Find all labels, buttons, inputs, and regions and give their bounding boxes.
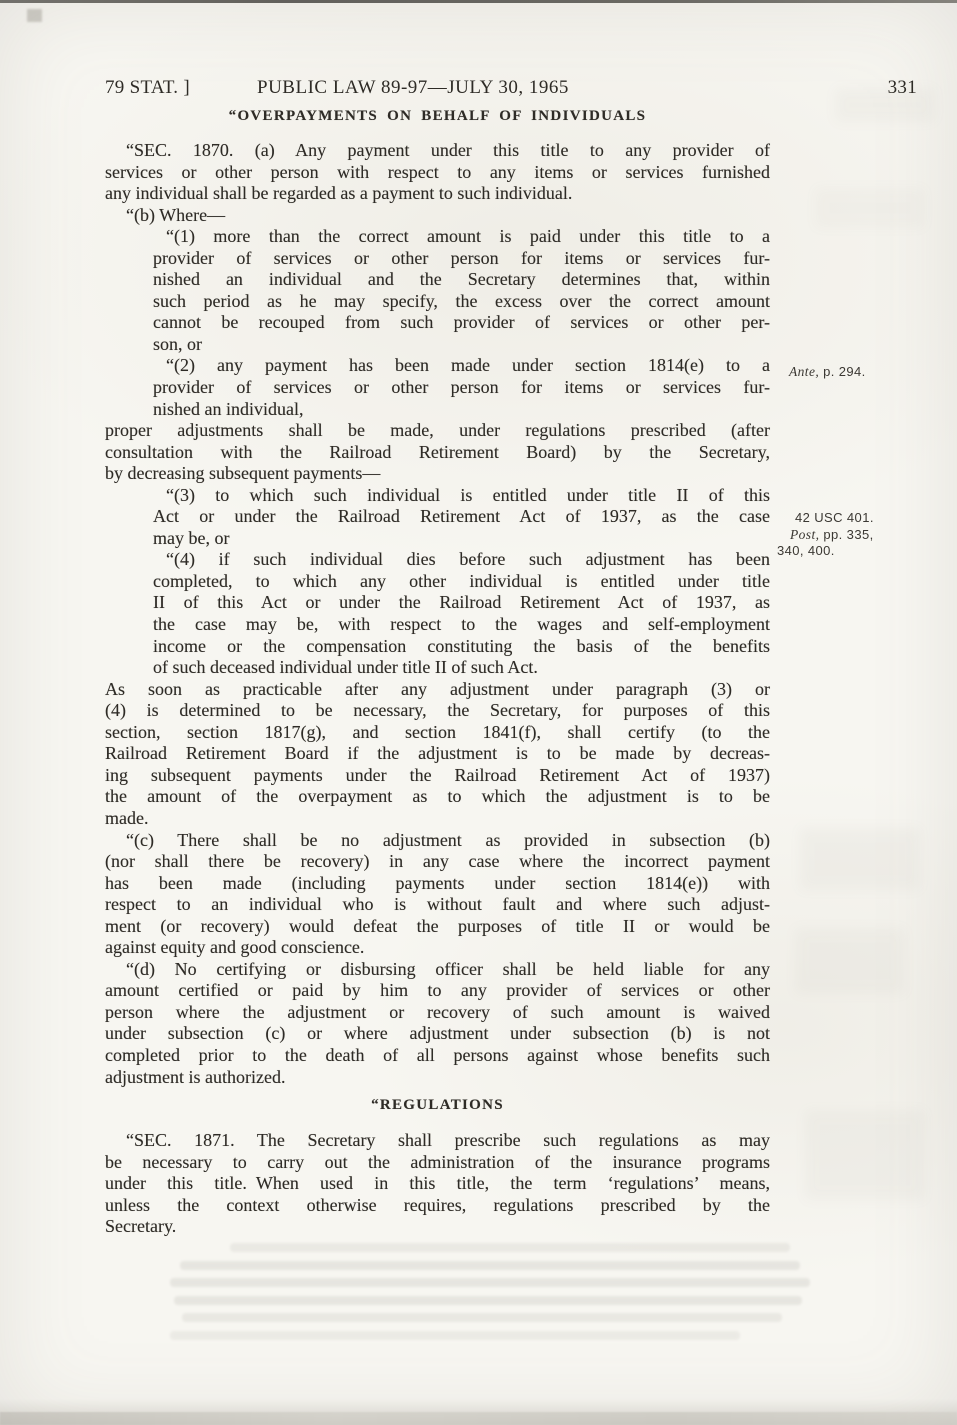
text-line: nished an individual and the Secretary d…: [153, 269, 770, 291]
text-line: person where the adjustment or recovery …: [105, 1002, 770, 1024]
stat-volume-citation: 79 STAT. ]: [105, 77, 190, 99]
text-line: provider of services or other person for…: [153, 377, 770, 399]
text-line: be necessary to carry out the administra…: [105, 1152, 770, 1174]
text-line: amount certified or paid by him to any p…: [105, 980, 770, 1002]
text-line: any individual shall be regarded as a pa…: [105, 183, 770, 205]
para-sec1870-b: “(b) Where—: [105, 205, 770, 227]
text-line: As soon as practicable after any adjustm…: [105, 679, 770, 701]
text-line: the amount of the overpayment as to whic…: [105, 786, 770, 808]
text-line: “(4) if such individual dies before such…: [153, 549, 770, 571]
bleed-through-mark: [800, 828, 920, 890]
text-line: ment (or recovery) would defeat the purp…: [105, 916, 770, 938]
margin-note-text: 42 USC 401.: [777, 510, 955, 527]
para-clause-1: “(1) more than the correct amount is pai…: [153, 226, 770, 355]
margin-note-usc: 42 USC 401. Post, pp. 335, 340, 400.: [777, 510, 955, 560]
text-line: has been made (including payments under …: [105, 873, 770, 895]
text-line: “(d) No certifying or disbursing officer…: [105, 959, 770, 981]
para-clause-4: “(4) if such individual dies before such…: [153, 549, 770, 678]
text-line: “(c) There shall be no adjustment as pro…: [105, 830, 770, 852]
page-number: 331: [888, 77, 917, 99]
text-line: Secretary.: [105, 1216, 770, 1238]
public-law-heading: PUBLIC LAW 89-97—JULY 30, 1965: [257, 77, 569, 99]
bleed-through-mark: [805, 1110, 925, 1200]
text-line: nished an individual,: [153, 399, 770, 421]
para-subsection-d: “(d) No certifying or disbursing officer…: [105, 959, 770, 1088]
text-line: “(1) more than the correct amount is pai…: [153, 226, 770, 248]
para-clause-2: “(2) any payment has been made under sec…: [153, 355, 770, 420]
text-line: respect to an individual who is without …: [105, 894, 770, 916]
text-line: by decreasing subsequent payments—: [105, 463, 770, 485]
bleed-through-line: [170, 1278, 810, 1287]
para-sec1870-a: “SEC. 1870. (a) Any payment under this t…: [105, 140, 770, 205]
text-line: income or the compensation constituting …: [153, 636, 770, 658]
para-subsection-c: “(c) There shall be no adjustment as pro…: [105, 830, 770, 959]
text-line: “(2) any payment has been made under sec…: [153, 355, 770, 377]
scan-edge-bottom: [0, 1412, 957, 1425]
statute-body: “OVERPAYMENTS ON BEHALF OF INDIVIDUALS “…: [105, 106, 770, 1238]
text-line: proper adjustments shall be made, under …: [105, 420, 770, 442]
text-line: consultation with the Railroad Retiremen…: [105, 442, 770, 464]
bleed-through-mark: [795, 928, 905, 994]
margin-note-ante: Ante, p. 294.: [789, 364, 866, 381]
text-line: cannot be recouped from such provider of…: [153, 312, 770, 334]
text-line: Act or under the Railroad Retirement Act…: [153, 506, 770, 528]
text-line: (4) is determined to be necessary, the S…: [105, 700, 770, 722]
margin-note-italic: Post,: [790, 527, 819, 542]
margin-note-line: Post, pp. 335,: [777, 527, 955, 544]
bleed-through-line: [170, 1331, 740, 1340]
text-line: “SEC. 1871. The Secretary shall prescrib…: [105, 1130, 770, 1152]
margin-note-italic: Ante,: [789, 364, 819, 379]
bleed-through-line: [182, 1313, 782, 1322]
bleed-through-line: [230, 1243, 790, 1252]
scan-artifact: [27, 9, 42, 22]
bleed-through-line: [174, 1296, 802, 1305]
margin-note-text: 340, 400.: [777, 543, 955, 560]
heading-overpayments: “OVERPAYMENTS ON BEHALF OF INDIVIDUALS: [105, 106, 770, 126]
text-line: “(b) Where—: [105, 205, 770, 227]
text-line: (nor shall there be recovery) in any cas…: [105, 851, 770, 873]
text-line: ing subsequent payments under the Railro…: [105, 765, 770, 787]
para-certify: As soon as practicable after any adjustm…: [105, 679, 770, 830]
text-line: “(3) to which such individual is entitle…: [153, 485, 770, 507]
text-line: the case may be, with respect to the wag…: [153, 614, 770, 636]
text-line: under subsection (c) or where adjustment…: [105, 1023, 770, 1045]
text-line: against equity and good conscience.: [105, 937, 770, 959]
text-line: under this title. When used in this titl…: [105, 1173, 770, 1195]
para-adjustments: proper adjustments shall be made, under …: [105, 420, 770, 485]
text-line: provider of services or other person for…: [153, 248, 770, 270]
text-line: “SEC. 1870. (a) Any payment under this t…: [105, 140, 770, 162]
para-clause-3: “(3) to which such individual is entitle…: [153, 485, 770, 550]
margin-note-text: pp. 335,: [819, 527, 873, 542]
text-line: completed, to which any other individual…: [153, 571, 770, 593]
text-line: may be, or: [153, 528, 770, 550]
para-sec1871: “SEC. 1871. The Secretary shall prescrib…: [105, 1130, 770, 1238]
text-line: made.: [105, 808, 770, 830]
bleed-through-line: [180, 1261, 800, 1270]
text-line: of such deceased individual under title …: [153, 657, 770, 679]
bleed-through-mark: [815, 188, 925, 228]
margin-note-text: p. 294.: [819, 364, 866, 379]
running-head: 79 STAT. ] PUBLIC LAW 89-97—JULY 30, 196…: [105, 77, 917, 101]
text-line: II of this Act or under the Railroad Ret…: [153, 592, 770, 614]
scanned-statute-page: 79 STAT. ] PUBLIC LAW 89-97—JULY 30, 196…: [0, 0, 957, 1425]
text-line: completed prior to the death of all pers…: [105, 1045, 770, 1067]
text-line: son, or: [153, 334, 770, 356]
text-line: adjustment is authorized.: [105, 1067, 770, 1089]
text-line: such period as he may specify, the exces…: [153, 291, 770, 313]
text-line: services or other person with respect to…: [105, 162, 770, 184]
scan-edge-top: [0, 0, 957, 3]
heading-regulations: “REGULATIONS: [105, 1095, 770, 1115]
text-line: section, section 1817(g), and section 18…: [105, 722, 770, 744]
text-line: Railroad Retirement Board if the adjustm…: [105, 743, 770, 765]
bleed-through-text: [170, 1243, 818, 1348]
text-line: unless the context otherwise requires, r…: [105, 1195, 770, 1217]
